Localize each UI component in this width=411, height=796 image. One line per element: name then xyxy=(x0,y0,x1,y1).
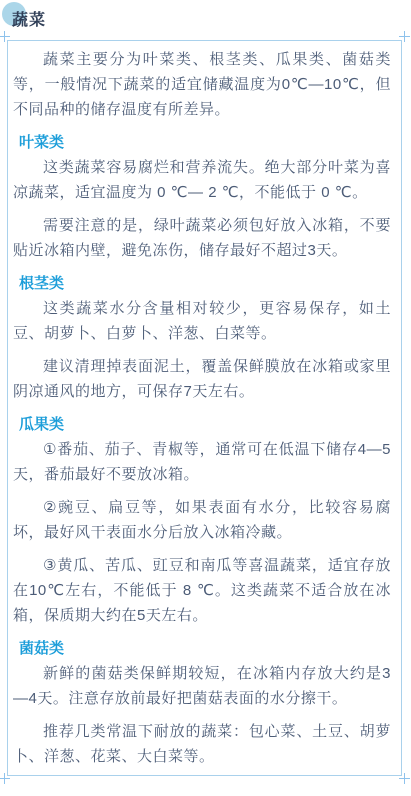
section-heading: 菌菇类 xyxy=(19,636,391,661)
article-page: 蔬菜 蔬菜主要分为叶菜类、根茎类、瓜果类、菌菇类等，一般情况下蔬菜的适宜储藏温度… xyxy=(0,0,411,796)
corner-plus-icon xyxy=(399,773,410,784)
section-mushrooms: 菌菇类 新鲜的菌菇类保鲜期较短，在冰箱内存放大约是3—4天。注意存放前最好把菌菇… xyxy=(13,636,391,769)
section-heading: 叶菜类 xyxy=(19,130,391,155)
corner-plus-icon xyxy=(0,773,10,784)
section-leafy-vegetables: 叶菜类 这类蔬菜容易腐烂和营养流失。绝大部分叶菜为喜凉蔬菜，适宜温度为 0 ℃—… xyxy=(13,130,391,263)
paragraph: 需要注意的是，绿叶蔬菜必须包好放入冰箱，不要贴近冰箱内壁，避免冻伤，储存最好不超… xyxy=(13,213,391,263)
section-heading: 瓜果类 xyxy=(19,412,391,437)
paragraph: 这类蔬菜水分含量相对较少，更容易保存，如土豆、胡萝卜、白萝卜、洋葱、白菜等。 xyxy=(13,296,391,346)
section-heading: 根茎类 xyxy=(19,271,391,296)
corner-plus-icon xyxy=(399,31,410,42)
section-intro: 蔬菜主要分为叶菜类、根茎类、瓜果类、菌菇类等，一般情况下蔬菜的适宜储藏温度为0℃… xyxy=(13,47,391,122)
paragraph: 推荐几类常温下耐放的蔬菜：包心菜、土豆、胡萝卜、洋葱、花菜、大白菜等。 xyxy=(13,719,391,769)
paragraph: ①番茄、茄子、青椒等，通常可在低温下储存4—5天，番茄最好不要放冰箱。 xyxy=(13,437,391,487)
paragraph: 新鲜的菌菇类保鲜期较短，在冰箱内存放大约是3—4天。注意存放前最好把菌菇表面的水… xyxy=(13,661,391,711)
page-title: 蔬菜 xyxy=(12,7,46,30)
paragraph: 建议清理掉表面泥土，覆盖保鲜膜放在冰箱或家里阴凉通风的地方，可保存7天左右。 xyxy=(13,354,391,404)
paragraph: ②豌豆、扁豆等，如果表面有水分，比较容易腐坏，最好风干表面水分后放入冰箱冷藏。 xyxy=(13,495,391,545)
section-root-vegetables: 根茎类 这类蔬菜水分含量相对较少，更容易保存，如土豆、胡萝卜、白萝卜、洋葱、白菜… xyxy=(13,271,391,404)
paragraph: 蔬菜主要分为叶菜类、根茎类、瓜果类、菌菇类等，一般情况下蔬菜的适宜储藏温度为0℃… xyxy=(13,47,391,122)
paragraph: ③黄瓜、苦瓜、豇豆和南瓜等喜温蔬菜，适宜存放在10℃左右，不能低于 8 ℃。这类… xyxy=(13,553,391,628)
corner-plus-icon xyxy=(0,31,10,42)
paragraph: 这类蔬菜容易腐烂和营养流失。绝大部分叶菜为喜凉蔬菜，适宜温度为 0 ℃— 2 ℃… xyxy=(13,155,391,205)
article-title-block: 蔬菜 xyxy=(0,0,411,34)
section-fruit-vegetables: 瓜果类 ①番茄、茄子、青椒等，通常可在低温下储存4—5天，番茄最好不要放冰箱。 … xyxy=(13,412,391,628)
content-box: 蔬菜主要分为叶菜类、根茎类、瓜果类、菌菇类等，一般情况下蔬菜的适宜储藏温度为0℃… xyxy=(7,40,402,776)
